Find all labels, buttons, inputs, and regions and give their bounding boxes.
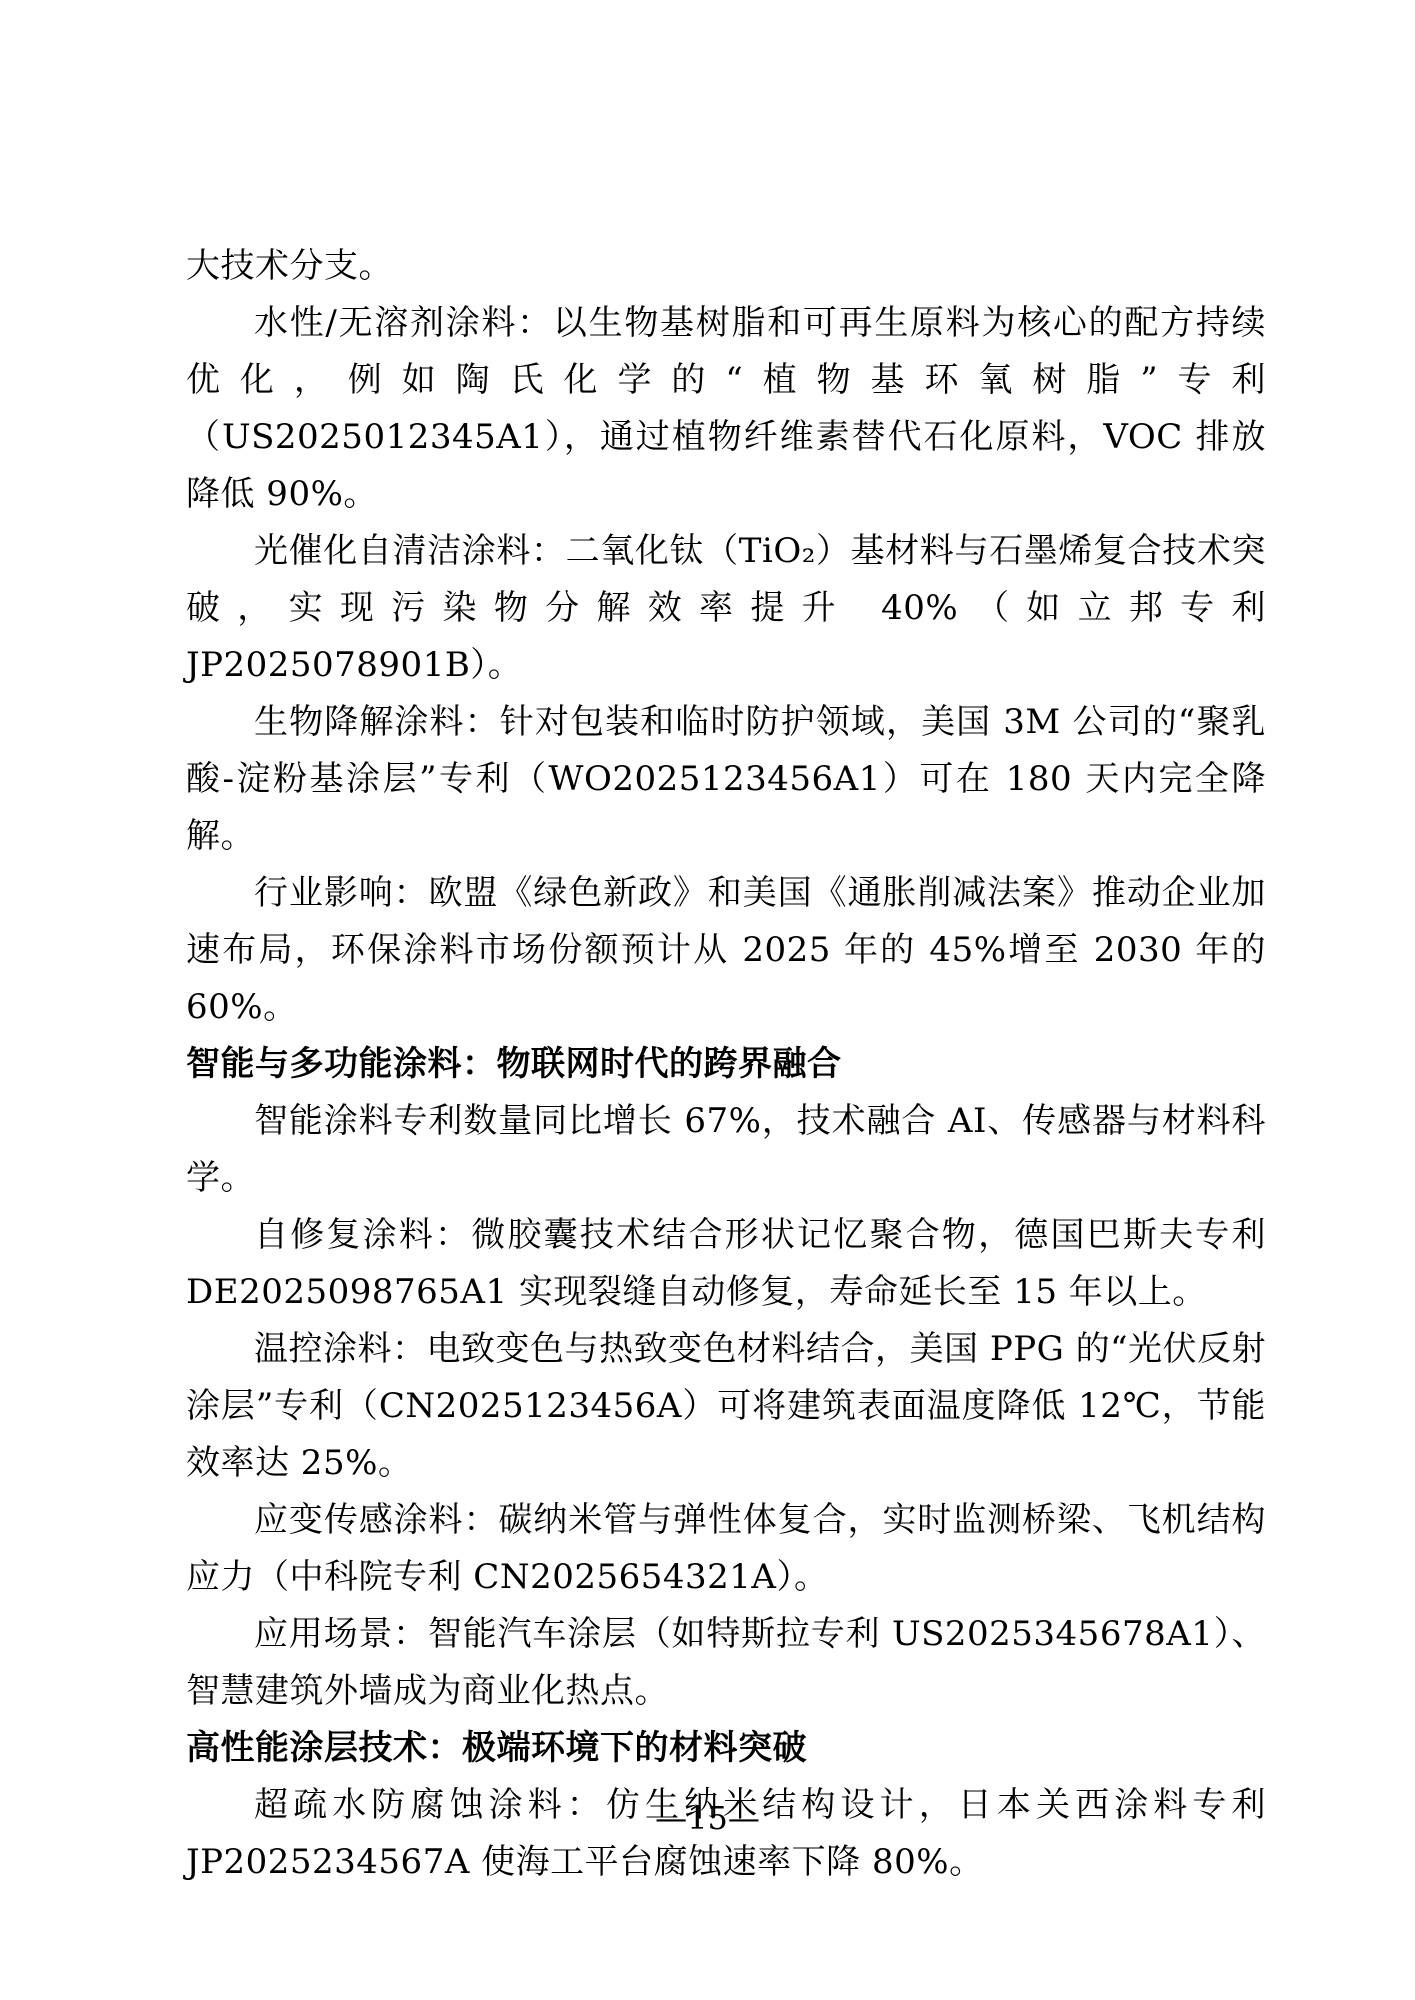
paragraph-thermoregulating-coatings: 温控涂料：电致变色与热致变色材料结合，美国 PPG 的“光伏反射涂层”专利（CN… (186, 1321, 1266, 1492)
paragraph-biodegradable-coatings: 生物降解涂料：针对包装和临时防护领域，美国 3M 公司的“聚乳酸-淀粉基涂层”专… (186, 694, 1266, 865)
paragraph-waterborne-coatings: 水性/无溶剂涂料：以生物基树脂和可再生原料为核心的配方持续优化，例如陶氏化学的“… (186, 295, 1266, 523)
paragraph-photocatalytic-coatings: 光催化自清洁涂料：二氧化钛（TiO₂）基材料与石墨烯复合技术突破，实现污染物分解… (186, 523, 1266, 694)
paragraph-strain-sensing-coatings: 应变传感涂料：碳纳米管与弹性体复合，实时监测桥梁、飞机结构应力（中科院专利 CN… (186, 1492, 1266, 1606)
document-body: 大技术分支。 水性/无溶剂涂料：以生物基树脂和可再生原料为核心的配方持续优化，例… (186, 238, 1266, 1891)
page-number: —15— (0, 1798, 1415, 1838)
paragraph-continuation: 大技术分支。 (186, 238, 1266, 295)
section-heading-smart-multifunctional-coatings: 智能与多功能涂料：物联网时代的跨界融合 (186, 1036, 1266, 1093)
section-heading-high-performance-coatings: 高性能涂层技术：极端环境下的材料突破 (186, 1720, 1266, 1777)
document-page: 大技术分支。 水性/无溶剂涂料：以生物基树脂和可再生原料为核心的配方持续优化，例… (0, 0, 1415, 2000)
paragraph-industry-impact: 行业影响：欧盟《绿色新政》和美国《通胀削减法案》推动企业加速布局，环保涂料市场份… (186, 865, 1266, 1036)
paragraph-smart-coating-patent-growth: 智能涂料专利数量同比增长 67%，技术融合 AI、传感器与材料科学。 (186, 1093, 1266, 1207)
paragraph-self-healing-coatings: 自修复涂料：微胶囊技术结合形状记忆聚合物，德国巴斯夫专利 DE202509876… (186, 1207, 1266, 1321)
paragraph-application-scenarios: 应用场景：智能汽车涂层（如特斯拉专利 US2025345678A1）、智慧建筑外… (186, 1606, 1266, 1720)
